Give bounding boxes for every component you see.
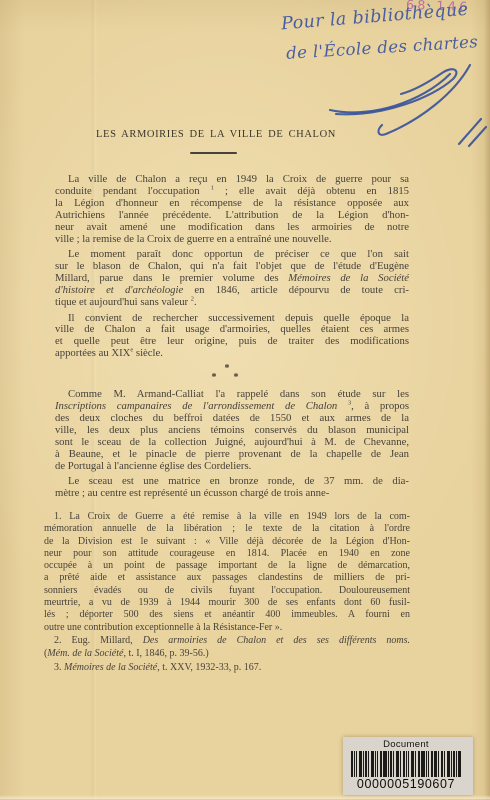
article-title: LES ARMOIRIES DE LA VILLE DE CHALON: [36, 129, 396, 140]
asterism-bottom-marks: * *: [44, 375, 410, 381]
barcode-label-title: Document: [347, 737, 465, 750]
page-bottom-edge: [0, 795, 490, 800]
footnote-2: 2. Eug. Millard, Des armoiries de Chalon…: [44, 635, 410, 660]
footnote-3: 3. Mémoires de la Société, t. XXV, 1932-…: [44, 662, 410, 674]
scanned-document-page: 68 146 Pour la bibliothèque de l'École d…: [0, 0, 490, 800]
footnote-1: 1. La Croix de Guerre a été remise à la …: [44, 511, 410, 634]
paragraph-5: Le sceau est une matrice en bronze ronde…: [55, 476, 409, 500]
paragraph-1: La ville de Chalon a reçu en 1949 la Cro…: [55, 174, 409, 245]
title-rule: [190, 152, 237, 154]
paragraph-4: Comme M. Armand-Calliat l'a rappelé dans…: [55, 389, 409, 472]
barcode: [351, 751, 461, 777]
barcode-label: Document: [343, 737, 473, 795]
footnotes-section: 1. La Croix de Guerre a été remise à la …: [44, 511, 410, 675]
barcode-number: 0000005190607: [347, 777, 465, 791]
article-body: La ville de Chalon a reçu en 1949 la Cro…: [44, 174, 410, 504]
asterism-divider: * * *: [44, 366, 410, 381]
paragraph-2: Le moment paraît donc opportun de précis…: [55, 249, 409, 309]
handwritten-dedication-line1: Pour la bibliothèque: [281, 0, 470, 34]
paragraph-3: Il convient de rechercher successivement…: [55, 313, 409, 361]
